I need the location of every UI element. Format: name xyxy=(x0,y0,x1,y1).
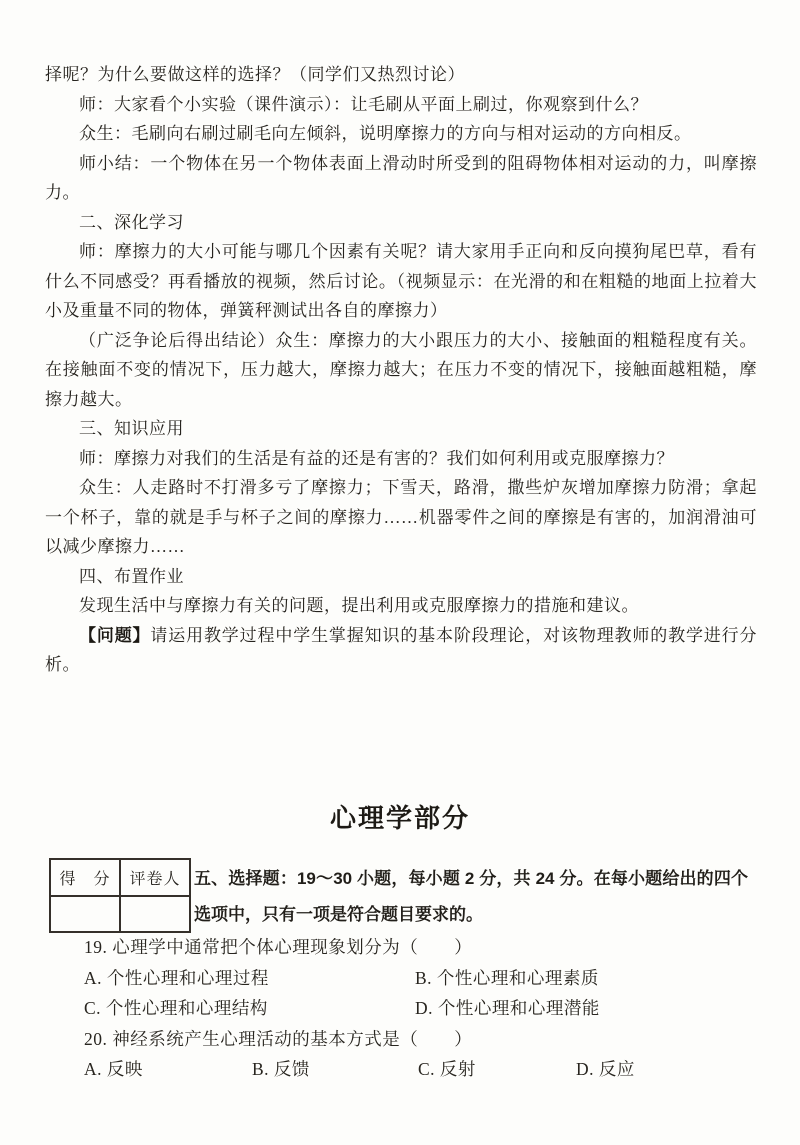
case-homework-line: 发现生活中与摩擦力有关的问题，提出利用或克服摩擦力的措施和建议。 xyxy=(45,591,757,621)
case-section-heading-3: 三、知识应用 xyxy=(45,414,757,444)
grader-header-cell: 评卷人 xyxy=(120,859,190,896)
option-20-b: B. 反馈 xyxy=(252,1054,418,1085)
problem-text: 请运用教学过程中学生掌握知识的基本阶段理论，对该物理教师的教学进行分析。 xyxy=(45,626,757,675)
grader-blank-cell xyxy=(120,896,190,932)
case-dialogue-teacher: 师：摩擦力对我们的生活是有益的还是有害的？我们如何利用或克服摩擦力？ xyxy=(45,444,757,474)
case-section-heading-4: 四、布置作业 xyxy=(45,562,757,592)
case-dialogue-students: （广泛争论后得出结论）众生：摩擦力的大小跟压力的大小、接触面的粗糙程度有关。在接… xyxy=(45,326,757,415)
score-blank-cell xyxy=(50,896,120,932)
option-19-a: A. 个性心理和心理过程 xyxy=(84,963,415,994)
case-dialogue-students: 众生：毛刷向右刷过刷毛向左倾斜，说明摩擦力的方向与相对运动的方向相反。 xyxy=(45,119,757,149)
question-19-options: A. 个性心理和心理过程 B. 个性心理和心理素质 C. 个性心理和心理结构 D… xyxy=(84,963,756,1024)
section-instructions: 五、选择题：19～30 小题，每小题 2 分，共 24 分。在每小题给出的四个选… xyxy=(194,861,748,933)
multiple-choice-questions: 19. 心理学中通常把个体心理现象划分为（ ） A. 个性心理和心理过程 B. … xyxy=(84,932,756,1085)
case-dialogue-teacher-summary: 师小结：一个物体在另一个物体表面上滑动时所受到的阻碍物体相对运动的力，叫摩擦力。 xyxy=(45,149,757,208)
case-dialogue-teacher: 师：摩擦力的大小可能与哪几个因素有关呢？请大家用手正向和反向摸狗尾巴草，看有什么… xyxy=(45,237,757,326)
option-20-a: A. 反映 xyxy=(84,1054,252,1085)
case-dialogue-students: 众生：人走路时不打滑多亏了摩擦力；下雪天，路滑，撒些炉灰增加摩擦力防滑；拿起一个… xyxy=(45,473,757,562)
case-section-heading-2: 二、深化学习 xyxy=(45,208,757,238)
score-header-cell: 得 分 xyxy=(50,859,120,896)
question-20-options: A. 反映 B. 反馈 C. 反射 D. 反应 xyxy=(84,1054,756,1085)
problem-statement: 【问题】请运用教学过程中学生掌握知识的基本阶段理论，对该物理教师的教学进行分析。 xyxy=(45,621,757,680)
option-20-d: D. 反应 xyxy=(576,1054,756,1085)
option-19-b: B. 个性心理和心理素质 xyxy=(415,963,756,994)
case-dialogue-teacher: 师：大家看个小实验（课件演示）：让毛刷从平面上刷过，你观察到什么？ xyxy=(45,90,757,120)
question-19-stem: 19. 心理学中通常把个体心理现象划分为（ ） xyxy=(84,932,756,963)
question-20-stem: 20. 神经系统产生心理活动的基本方式是（ ） xyxy=(84,1024,756,1055)
scanned-exam-page: 择呢？为什么要做这样的选择？（同学们又热烈讨论） 师：大家看个小实验（课件演示）… xyxy=(0,0,800,1145)
problem-label: 【问题】 xyxy=(79,626,150,645)
score-box: 得 分 评卷人 xyxy=(49,858,191,933)
physics-case-study: 择呢？为什么要做这样的选择？（同学们又热烈讨论） 师：大家看个小实验（课件演示）… xyxy=(45,60,757,680)
case-text-line: 择呢？为什么要做这样的选择？（同学们又热烈讨论） xyxy=(45,60,757,90)
option-20-c: C. 反射 xyxy=(418,1054,576,1085)
section-title: 心理学部分 xyxy=(0,801,800,837)
option-19-d: D. 个性心理和心理潜能 xyxy=(415,993,756,1024)
option-19-c: C. 个性心理和心理结构 xyxy=(84,993,415,1024)
